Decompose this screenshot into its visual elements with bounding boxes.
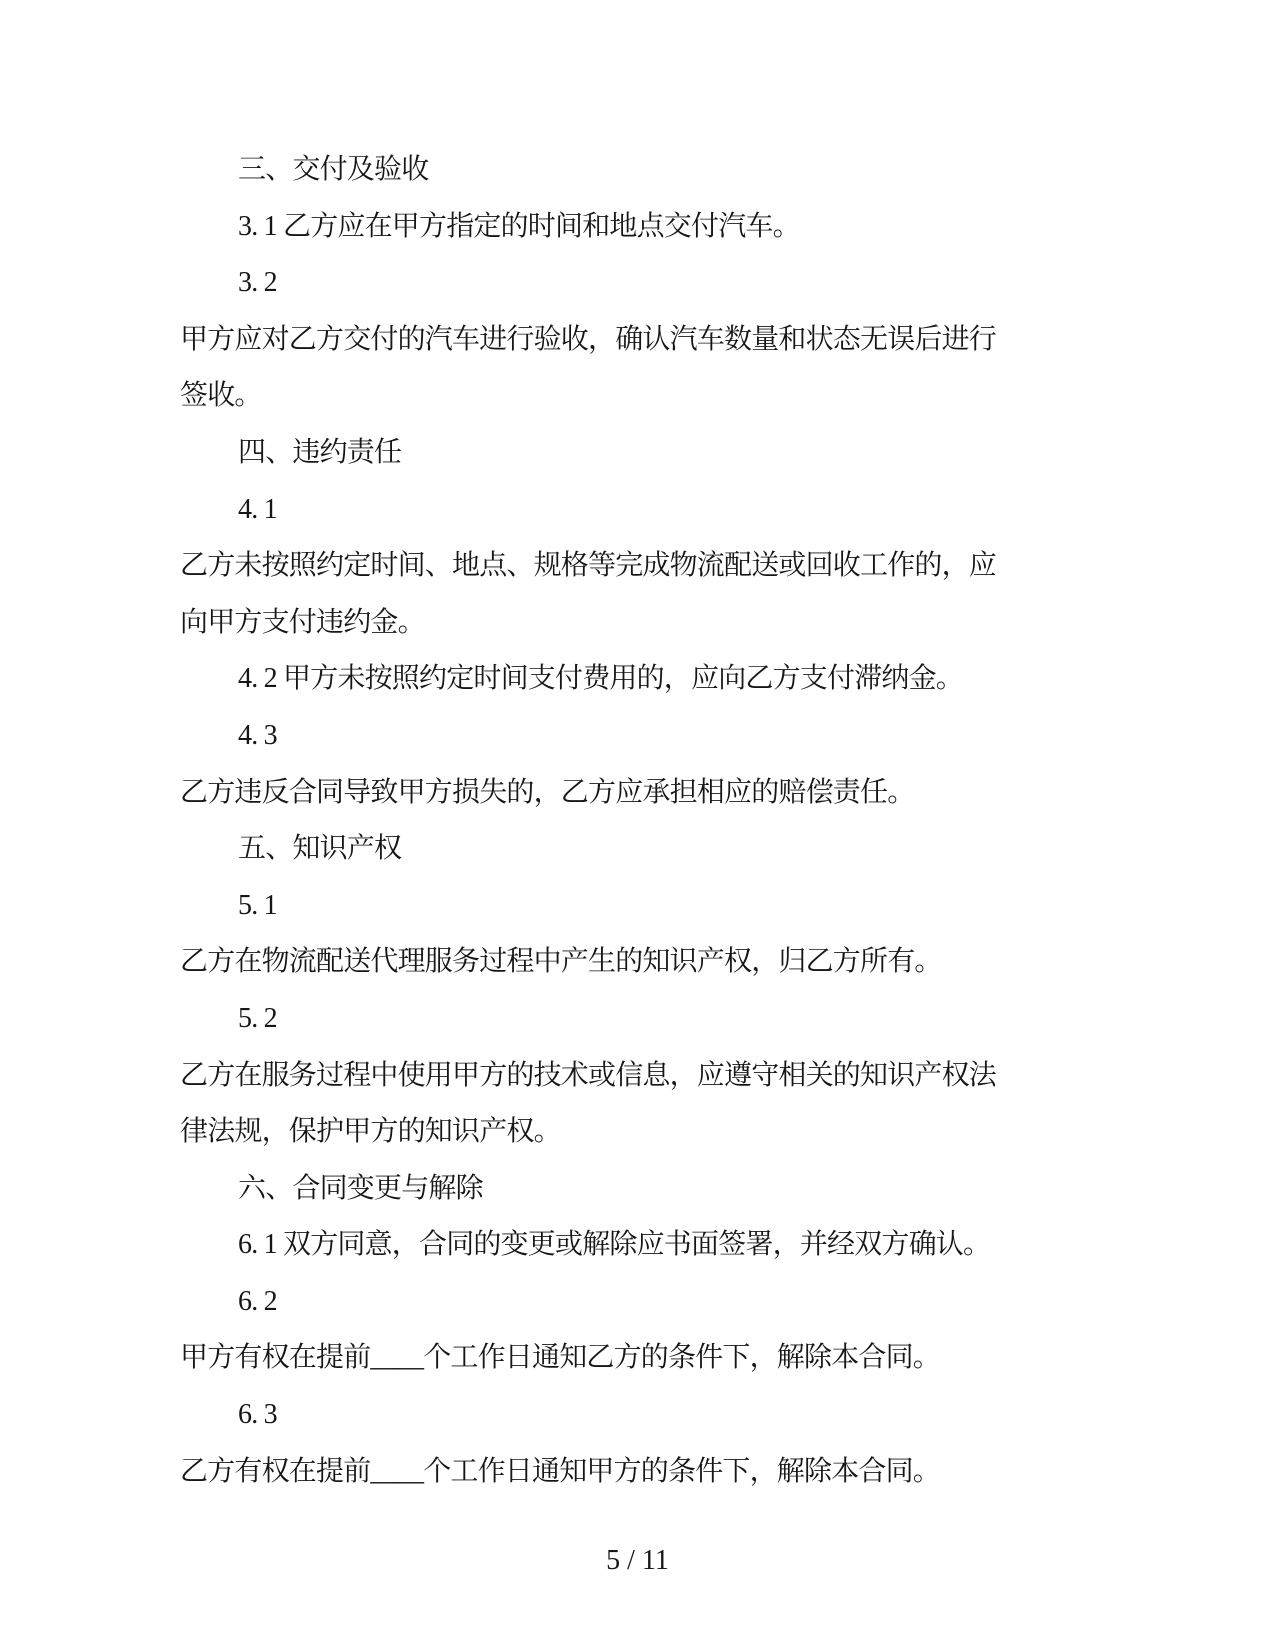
document-line: 4. 1 [180, 482, 1030, 539]
document-line: 6. 1 双方同意，合同的变更或解除应书面签署，并经双方确认。 [180, 1217, 1030, 1274]
document-line: 4. 2 甲方未按照约定时间支付费用的，应向乙方支付滞纳金。 [180, 651, 1030, 708]
document-line: 律法规，保护甲方的知识产权。 [180, 1104, 1030, 1161]
document-line: 向甲方支付违约金。 [180, 595, 1030, 652]
contract-page: 三、交付及验收3. 1 乙方应在甲方指定的时间和地点交付汽车。3. 2甲方应对乙… [0, 0, 1275, 1650]
document-line: 甲方应对乙方交付的汽车进行验收，确认汽车数量和状态无误后进行 [180, 312, 1030, 369]
document-line: 五、知识产权 [180, 821, 1030, 878]
document-line: 乙方在服务过程中使用甲方的技术或信息，应遵守相关的知识产权法 [180, 1048, 1030, 1105]
document-body: 三、交付及验收3. 1 乙方应在甲方指定的时间和地点交付汽车。3. 2甲方应对乙… [180, 142, 1030, 1500]
document-line: 4. 3 [180, 708, 1030, 765]
document-line: 甲方有权在提前____个工作日通知乙方的条件下，解除本合同。 [180, 1330, 1030, 1387]
page-footer: 5 / 11 [0, 1533, 1275, 1590]
document-line: 乙方违反合同导致甲方损失的，乙方应承担相应的赔偿责任。 [180, 765, 1030, 822]
document-line: 6. 3 [180, 1387, 1030, 1444]
document-line: 5. 2 [180, 991, 1030, 1048]
document-line: 签收。 [180, 368, 1030, 425]
document-line: 四、违约责任 [180, 425, 1030, 482]
document-line: 乙方未按照约定时间、地点、规格等完成物流配送或回收工作的，应 [180, 538, 1030, 595]
document-line: 乙方在物流配送代理服务过程中产生的知识产权，归乙方所有。 [180, 934, 1030, 991]
document-line: 3. 1 乙方应在甲方指定的时间和地点交付汽车。 [180, 199, 1030, 256]
document-line: 六、合同变更与解除 [180, 1161, 1030, 1218]
document-line: 乙方有权在提前____个工作日通知甲方的条件下，解除本合同。 [180, 1444, 1030, 1501]
document-line: 3. 2 [180, 255, 1030, 312]
document-line: 三、交付及验收 [180, 142, 1030, 199]
document-line: 5. 1 [180, 878, 1030, 935]
page-number: 5 / 11 [606, 1545, 669, 1576]
document-line: 6. 2 [180, 1274, 1030, 1331]
